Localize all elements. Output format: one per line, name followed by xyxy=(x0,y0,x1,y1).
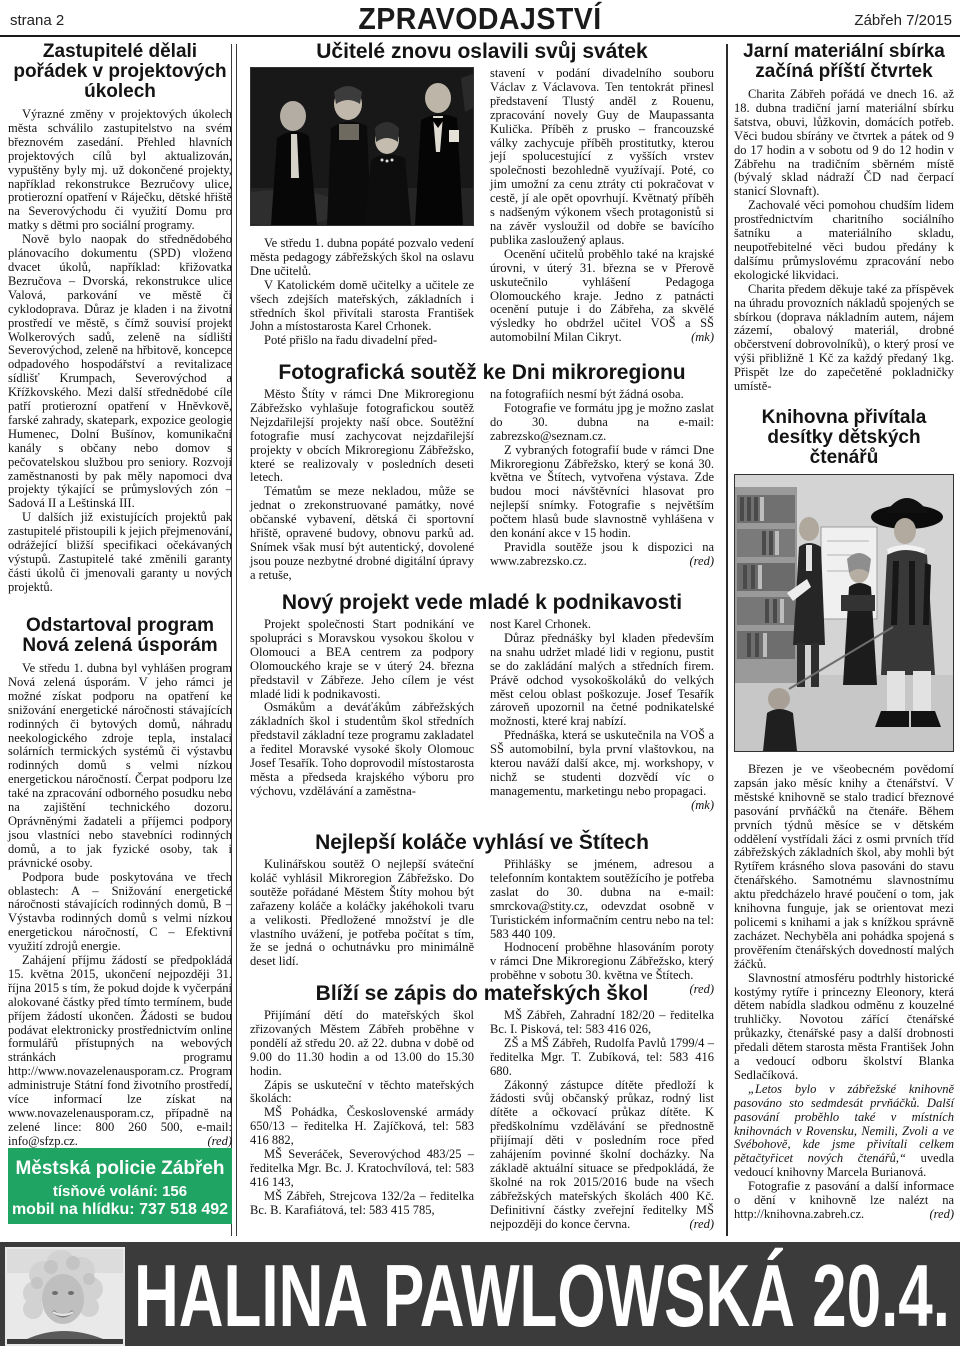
newspaper-page: strana 2 ZPRAVODAJSTVÍ Zábřeh 7/2015 Zas… xyxy=(0,0,960,1346)
paragraph: ZŠ a MŠ Zábřeh, Rudolfa Pavlů 1799/4 – ř… xyxy=(490,1037,714,1079)
paragraph: MŠ Severáček, Severovýchod 483/25 – ředi… xyxy=(250,1148,474,1190)
author-signature: (red) xyxy=(689,555,714,569)
paragraph: Fotografie z pasování a další informace … xyxy=(734,1180,954,1222)
event-ad-banner: HALINA PAWLOWSKÁ 20.4. xyxy=(0,1242,960,1346)
article-charity-collection: Jarní materiální sbírka začíná příští čt… xyxy=(734,42,954,394)
police-contact-box: Městská policie Zábřeh tísňové volání: 1… xyxy=(8,1148,232,1224)
paragraph: Projekt společnosti Start podnikání ve s… xyxy=(250,618,474,701)
issue-label: Zábřeh 7/2015 xyxy=(854,12,952,29)
paragraph: Přednáška, která se uskutečnila na VOŠ a… xyxy=(490,729,714,799)
paragraph: Ve středu 1. dubna popáté pozvalo vedení… xyxy=(250,237,474,279)
author-signature: (red) xyxy=(689,1218,714,1232)
article-photo-contest: Fotografická soutěž ke Dni mikroregionu … xyxy=(250,361,714,583)
paragraph: Zahájení příjmu žádostí se předpokládá 1… xyxy=(8,954,232,1149)
article-council-projects: Zastupitelé dělali pořádek v projektovýc… xyxy=(8,42,232,595)
article-title: Knihovna přivítala desítky dětských čten… xyxy=(734,408,954,468)
paragraph: Město Štíty v rámci Dne Mikroregionu Záb… xyxy=(250,388,474,485)
paragraph: Ve středu 1. dubna byl vyhlášen program … xyxy=(8,662,232,871)
teachers-day-theatre-photo xyxy=(250,67,474,226)
paragraph: Nově bylo naopak do střednědobého plánov… xyxy=(8,233,232,511)
article-title: Nejlepší koláče vyhlásí ve Štítech xyxy=(250,831,714,854)
paragraph: Ocenění učitelů proběhlo také na krajské… xyxy=(490,248,714,345)
paragraph: Z vybraných fotografií bude v rámci Dne … xyxy=(490,444,714,541)
paragraph: Přihlášky se jménem, adresou a telefonní… xyxy=(490,858,714,941)
author-signature: (red) xyxy=(929,1208,954,1222)
column-separator-right xyxy=(726,44,728,1236)
banner-headline-text: HALINA PAWLOWSKÁ 20.4. xyxy=(134,1246,950,1342)
paragraph: Výrazné změny v projektových úkolech měs… xyxy=(8,108,232,233)
article-title: Nový projekt vede mladé k podnikavosti xyxy=(250,591,714,614)
paragraph: MŠ Zábřeh, Zahradní 182/20 – ředitelka B… xyxy=(490,1009,714,1037)
article-cake-contest: Nejlepší koláče vyhlásí ve Štítech Kulin… xyxy=(250,831,714,997)
paragraph: „Letos bylo v zábřežské knihovně pasován… xyxy=(734,1083,954,1180)
author-signature: (mk) xyxy=(691,331,714,345)
article-startup-project: Nový projekt vede mladé k podnikavosti P… xyxy=(250,591,714,813)
paragraph: Zápis se uskuteční v těchto mateřských š… xyxy=(250,1079,474,1107)
article-title: Zastupitelé dělali pořádek v projektovýc… xyxy=(8,42,232,102)
paragraph: Důraz přednášky byl kladen především na … xyxy=(490,632,714,729)
paragraph: Poté přišlo na řadu divadelní před- xyxy=(250,334,474,348)
paragraph: Zachovalé věci pomohou chudším lidem pro… xyxy=(734,199,954,282)
paragraph: Přijímání dětí do mateřských škol zřizov… xyxy=(250,1009,474,1079)
paragraph: Březen je ve všeobecném povědomí zapsán … xyxy=(734,763,954,972)
library-knighting-ceremony-photo xyxy=(734,474,954,752)
article-title: Blíží se zápis do mateřských škol xyxy=(250,982,714,1005)
paragraph: MŠ Zábřeh, Strejcova 132/2a – ředitelka … xyxy=(250,1190,474,1218)
article-library-readers: Knihovna přivítala desítky dětských čten… xyxy=(734,408,954,1222)
article-title: Učitelé znovu oslavili svůj svátek xyxy=(250,40,714,63)
paragraph: Zákonný zástupce dítěte předloží k žádos… xyxy=(490,1079,714,1232)
banner-headline: HALINA PAWLOWSKÁ 20.4. xyxy=(132,1246,954,1346)
author-signature: (red) xyxy=(207,1135,232,1149)
paragraph: Charita Zábřeh pořádá ve dnech 16. až 18… xyxy=(734,88,954,199)
paragraph: Slavnostní atmosféru podtrhly historické… xyxy=(734,972,954,1083)
halina-pawlowska-portrait xyxy=(5,1247,125,1346)
article-teachers-day: Učitelé znovu oslavili svůj svátek xyxy=(250,40,714,348)
paragraph: Tématům se meze nekladou, může se jednat… xyxy=(250,485,474,582)
police-box-title: Městská policie Zábřeh xyxy=(8,1148,232,1180)
newspaper-masthead: ZPRAVODAJSTVÍ xyxy=(358,1,601,37)
paragraph: stavení v podání divadelního souboru Vác… xyxy=(490,67,714,248)
paragraph: Osmákům a deváťákům zábřežských základní… xyxy=(250,701,474,798)
paragraph: nost Karel Crhonek. xyxy=(490,618,714,632)
article-title: Jarní materiální sbírka začíná příští čt… xyxy=(734,42,954,82)
article-green-savings: Odstartoval program Nová zelená úsporám … xyxy=(8,616,232,1149)
paragraph: Hodnocení proběhne hlasováním poroty v r… xyxy=(490,941,714,983)
page-number-label: strana 2 xyxy=(10,12,64,29)
paragraph: Fotografie ve formátu jpg je možno zasla… xyxy=(490,402,714,444)
paragraph: Charita předem děkuje také za příspěvek … xyxy=(734,283,954,394)
header-rule xyxy=(0,35,960,37)
paragraph: V Katolickém domě učitelky a učitele ze … xyxy=(250,279,474,335)
author-signature: (mk) xyxy=(691,799,714,813)
paragraph: Pravidla soutěže jsou k dispozici na www… xyxy=(490,541,714,569)
paragraph: MŠ Pohádka, Československé armády 650/13… xyxy=(250,1106,474,1148)
police-emergency-number: tísňové volání: 156 xyxy=(8,1180,232,1200)
article-title: Odstartoval program Nová zelená úsporám xyxy=(8,616,232,656)
paragraph: Kulinářskou soutěž O nejlepší sváteční k… xyxy=(250,858,474,969)
paragraph: na fotografiích nesmí být žádná osoba. xyxy=(490,388,714,402)
article-kindergarten-enrollment: Blíží se zápis do mateřských škol Přijím… xyxy=(250,982,714,1232)
article-title: Fotografická soutěž ke Dni mikroregionu xyxy=(250,361,714,384)
police-mobile-number: mobil na hlídku: 737 518 492 xyxy=(8,1200,232,1219)
paragraph: Podpora bude poskytována ve třech oblast… xyxy=(8,871,232,954)
paragraph: U dalších již existujících projektů pak … xyxy=(8,511,232,594)
